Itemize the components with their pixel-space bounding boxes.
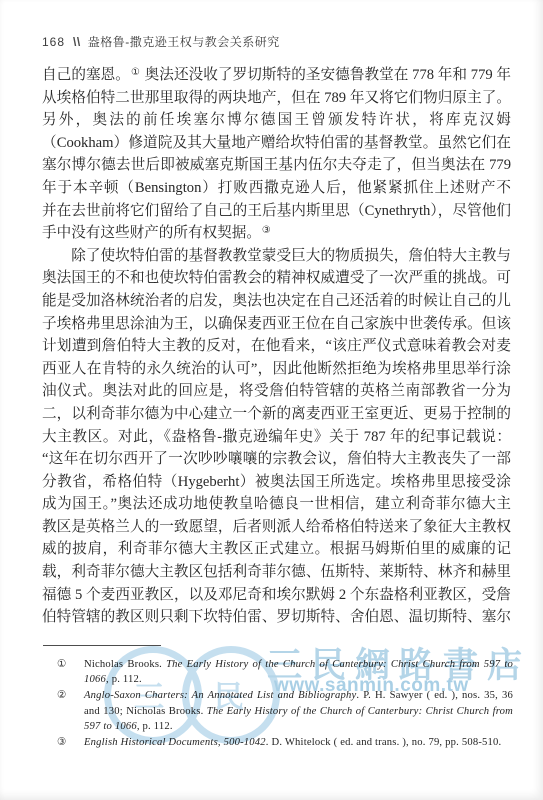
footnote-work-title: Anglo-Saxon Charters: An Annotated List … <box>84 690 356 701</box>
book-title: 盎格鲁-撒克逊王权与教会关系研究 <box>88 35 280 49</box>
book-page: 168\\盎格鲁-撒克逊王权与教会关系研究 自己的塞恩。① 奥法还没收了罗切斯特… <box>0 0 543 800</box>
footnote-marker: ③ <box>57 735 84 750</box>
footnote-text: Anglo-Saxon Charters: An Annotated List … <box>84 688 513 734</box>
footnote-item: ①Nicholas Brooks. The Early History of t… <box>57 657 513 687</box>
paragraph: 自己的塞恩。① 奥法还没收了罗切斯特的圣安德鲁教堂在 778 年和 779 年从… <box>42 64 511 245</box>
text-line: 载，利奇菲尔德大主教区包括利奇菲尔德、伍斯特、莱斯特、林齐和赫里 <box>42 561 511 584</box>
text-line: 大主教区。对此，《盎格鲁-撒克逊编年史》关于 787 年的纪事记载说： <box>42 426 511 449</box>
text-line: 伯特管辖的教区则只剩下坎特伯雷、罗切斯特、舍伯恩、温切斯特、塞尔 <box>42 606 511 629</box>
footnote-reference: ③ <box>262 226 271 236</box>
text-line: 除了使坎特伯雷的基督教教堂蒙受巨大的物质损失，詹伯特大主教与 <box>42 245 511 268</box>
footnote-item: ③English Historical Documents, 500-1042.… <box>57 735 513 750</box>
footnote-text: Nicholas Brooks. The Early History of th… <box>84 657 513 687</box>
text-line: 西亚人在肯特的永久统治的认可”，因此他断然拒绝为埃格弗里思举行涂 <box>42 358 511 381</box>
text-line: 手中没有这些财产的所有权契据。③ <box>42 222 511 245</box>
text-line: 福德 5 个麦西亚教区，以及邓尼奇和埃尔默姆 2 个东盎格利亚教区，受詹 <box>42 584 511 607</box>
footnote-plain-text: Nicholas Brooks. <box>84 659 166 670</box>
text-line: 教区是英格兰人的一致愿望，后者则派人给希格伯特送来了象征大主教权 <box>42 516 511 539</box>
text-line: 油仪式。奥法对此的回应是，将受詹伯特管辖的英格兰南部教省一分为 <box>42 380 511 403</box>
text-line: 奥法国王的不和也使坎特伯雷教会的精神权威遭受了一次严重的挑战。可 <box>42 267 511 290</box>
running-header: 168\\盎格鲁-撒克逊王权与教会关系研究 <box>42 33 280 50</box>
text-line: 从埃格伯特二世那里取得的两块地产，但在 789 年又将它们物归原主了。② <box>42 87 511 110</box>
paragraph: 除了使坎特伯雷的基督教教堂蒙受巨大的物质损失，詹伯特大主教与奥法国王的不和也使坎… <box>42 245 511 629</box>
footnote-plain-text: , p. 112. <box>137 721 173 732</box>
text-line: 塞尔博尔德去世后即被威塞克斯国王基内伍尔夫夺走了，但当奥法在 779 <box>42 154 511 177</box>
text-line: 成为国王。”奥法还成功地使教皇哈德良一世相信，建立利奇菲尔德大主 <box>42 493 511 516</box>
footnote-marker: ② <box>57 688 84 703</box>
header-separator-mark: \\ <box>73 35 81 49</box>
footnotes: ①Nicholas Brooks. The Early History of t… <box>57 657 513 751</box>
text-line: 另外，奥法的前任埃塞尔博尔德国王曾颁发特许状，将库克汉姆 <box>42 109 511 132</box>
footnote-text: English Historical Documents, 500-1042. … <box>84 735 513 750</box>
footnote-plain-text: . D. Whitelock ( ed. and trans. ), no. 7… <box>266 737 502 748</box>
text-line: 自己的塞恩。① 奥法还没收了罗切斯特的圣安德鲁教堂在 778 年和 779 年 <box>42 64 511 87</box>
page-number: 168 <box>42 35 65 49</box>
body-text: 自己的塞恩。① 奥法还没收了罗切斯特的圣安德鲁教堂在 778 年和 779 年从… <box>42 64 511 629</box>
text-line: 子埃格弗里思涂油为王，以确保麦西亚王位在自己家族中世袭传承。但该 <box>42 313 511 336</box>
footnote-work-title: English Historical Documents, 500-1042 <box>84 737 266 748</box>
text-line: 年于本辛顿（Bensington）打败西撒克逊人后，他紧紧抓住上述财产不放， <box>42 177 511 200</box>
footnote-plain-text: , p. 112. <box>106 674 142 685</box>
footnote-separator <box>43 645 161 646</box>
text-line: 能是受加洛林统治者的启发，奥法也决定在自己还活着的时候让自己的儿 <box>42 290 511 313</box>
text-line: 并在去世前将它们留给了自己的王后基内斯里思（Cynethryth），尽管他们 <box>42 200 511 223</box>
footnote-reference: ① <box>131 68 140 78</box>
text-line: （Cookham）修道院及其大量地产赠给坎特伯雷的基督教堂。虽然它们在埃 <box>42 132 511 155</box>
footnote-marker: ① <box>57 657 84 672</box>
text-line: 威的披肩，利奇菲尔德大主教区正式建立。根据马姆斯伯里的威廉的记 <box>42 538 511 561</box>
text-line: 二，以利奇菲尔德为中心建立一个新的离麦西亚王室更近、更易于控制的 <box>42 403 511 426</box>
text-line: “这年在切尔西开了一次吵吵嚷嚷的宗教会议，詹伯特大主教丧失了一部 <box>42 448 511 471</box>
footnote-item: ②Anglo-Saxon Charters: An Annotated List… <box>57 688 513 734</box>
text-line: 分教省，希格伯特（Hygeberht）被奥法国王所选定。埃格弗里思接受涂油 <box>42 471 511 494</box>
text-line: 计划遭到詹伯特大主教的反对，在他看来，“该庄严仪式意味着教会对麦 <box>42 335 511 358</box>
